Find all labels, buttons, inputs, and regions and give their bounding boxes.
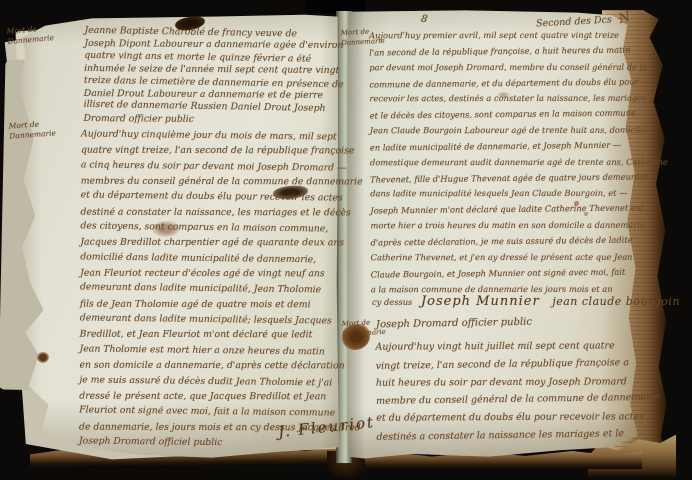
left-margin-note-2: Mort deDannemarie — [8, 118, 56, 141]
closing-words: cy dessus — [372, 297, 412, 307]
signature-bourgoin: jean claude bourgoin — [552, 295, 680, 308]
handwritten-line: en ladite municipalité de dannemarie, et… — [370, 137, 642, 156]
left-entry-1: Jeanne Baptiste Charoblé de francy veuve… — [83, 25, 342, 127]
handwritten-line: Bredillot, et Jean Fleuriot m'ont déclar… — [80, 327, 340, 343]
handwritten-line: Dromard officier public — [83, 113, 341, 127]
handwritten-line: domestique demeurant audit dannemarie ag… — [370, 155, 642, 171]
manuscript-register-scan: Mort deDannemarie Jeanne Baptiste Charob… — [0, 0, 692, 480]
page-header-flourish: N — [617, 10, 632, 27]
handwritten-line: Fleuriot ont signé avec moi, fait a la m… — [79, 403, 339, 422]
handwritten-line: Catherine Thevenet, et j'en ay dressé le… — [371, 250, 643, 266]
signature-munnier: Joseph Munnier — [421, 294, 540, 309]
handwritten-line: je me suis assuré du décès dudit Jean Th… — [79, 372, 339, 391]
left-margin-note-1: Mort deDannemarie — [6, 23, 54, 47]
handwritten-line: morte hier a trois heures du matin en so… — [370, 218, 642, 234]
right-entry-1: Aujourd'huy premier avril, mil sept cent… — [369, 27, 643, 298]
handwritten-line: Joseph Munnier m'ont déclaré que ladite … — [370, 201, 642, 220]
handwritten-line: par devant moi Joseph Dromard, membre du… — [369, 59, 641, 75]
right-entry-2: Aujourd'huy vingt huit juillet mil sept … — [375, 337, 632, 446]
left-entry-2: Aujourd'huy cinquième jour du mois de ma… — [79, 127, 341, 451]
handwritten-line: et le décès des citoyens, sont comparus … — [370, 106, 642, 125]
handwritten-line: quatre vingt treize, l'an second de la r… — [81, 143, 341, 159]
handwritten-line: Jean Claude Bourgoin Laboureur agé de tr… — [370, 123, 642, 139]
handwritten-line: Claude Bourgoin, et Joseph Munnier ont s… — [371, 264, 643, 283]
handwritten-line: Jacques Bredillot charpentier agé de qua… — [80, 235, 340, 251]
right-entry-1-signatures: cy dessus Joseph Munnier jean claude bou… — [372, 294, 680, 309]
handwritten-line: vingt treize, l'an second de la républiq… — [376, 354, 632, 376]
handwritten-line: en son domicile a dannemarie, d'après ce… — [79, 358, 339, 374]
handwritten-line: Aujourd'huy premier avril, mil sept cent… — [369, 28, 641, 44]
handwritten-line: et du département du doubs élu pour rece… — [81, 188, 341, 207]
handwritten-line: Aujourd'huy vingt huit juillet mil sept … — [375, 337, 631, 356]
spine-top-gap — [305, 0, 365, 13]
handwritten-line: demeurant dans ladite municipalité, Jean… — [80, 280, 340, 299]
handwritten-line: d'après cette déclaration, je me suis as… — [370, 232, 642, 251]
handwritten-line: l'an second de la république françoise, … — [369, 42, 641, 61]
handwritten-line: destinés a constater la naissance les ma… — [376, 425, 632, 447]
